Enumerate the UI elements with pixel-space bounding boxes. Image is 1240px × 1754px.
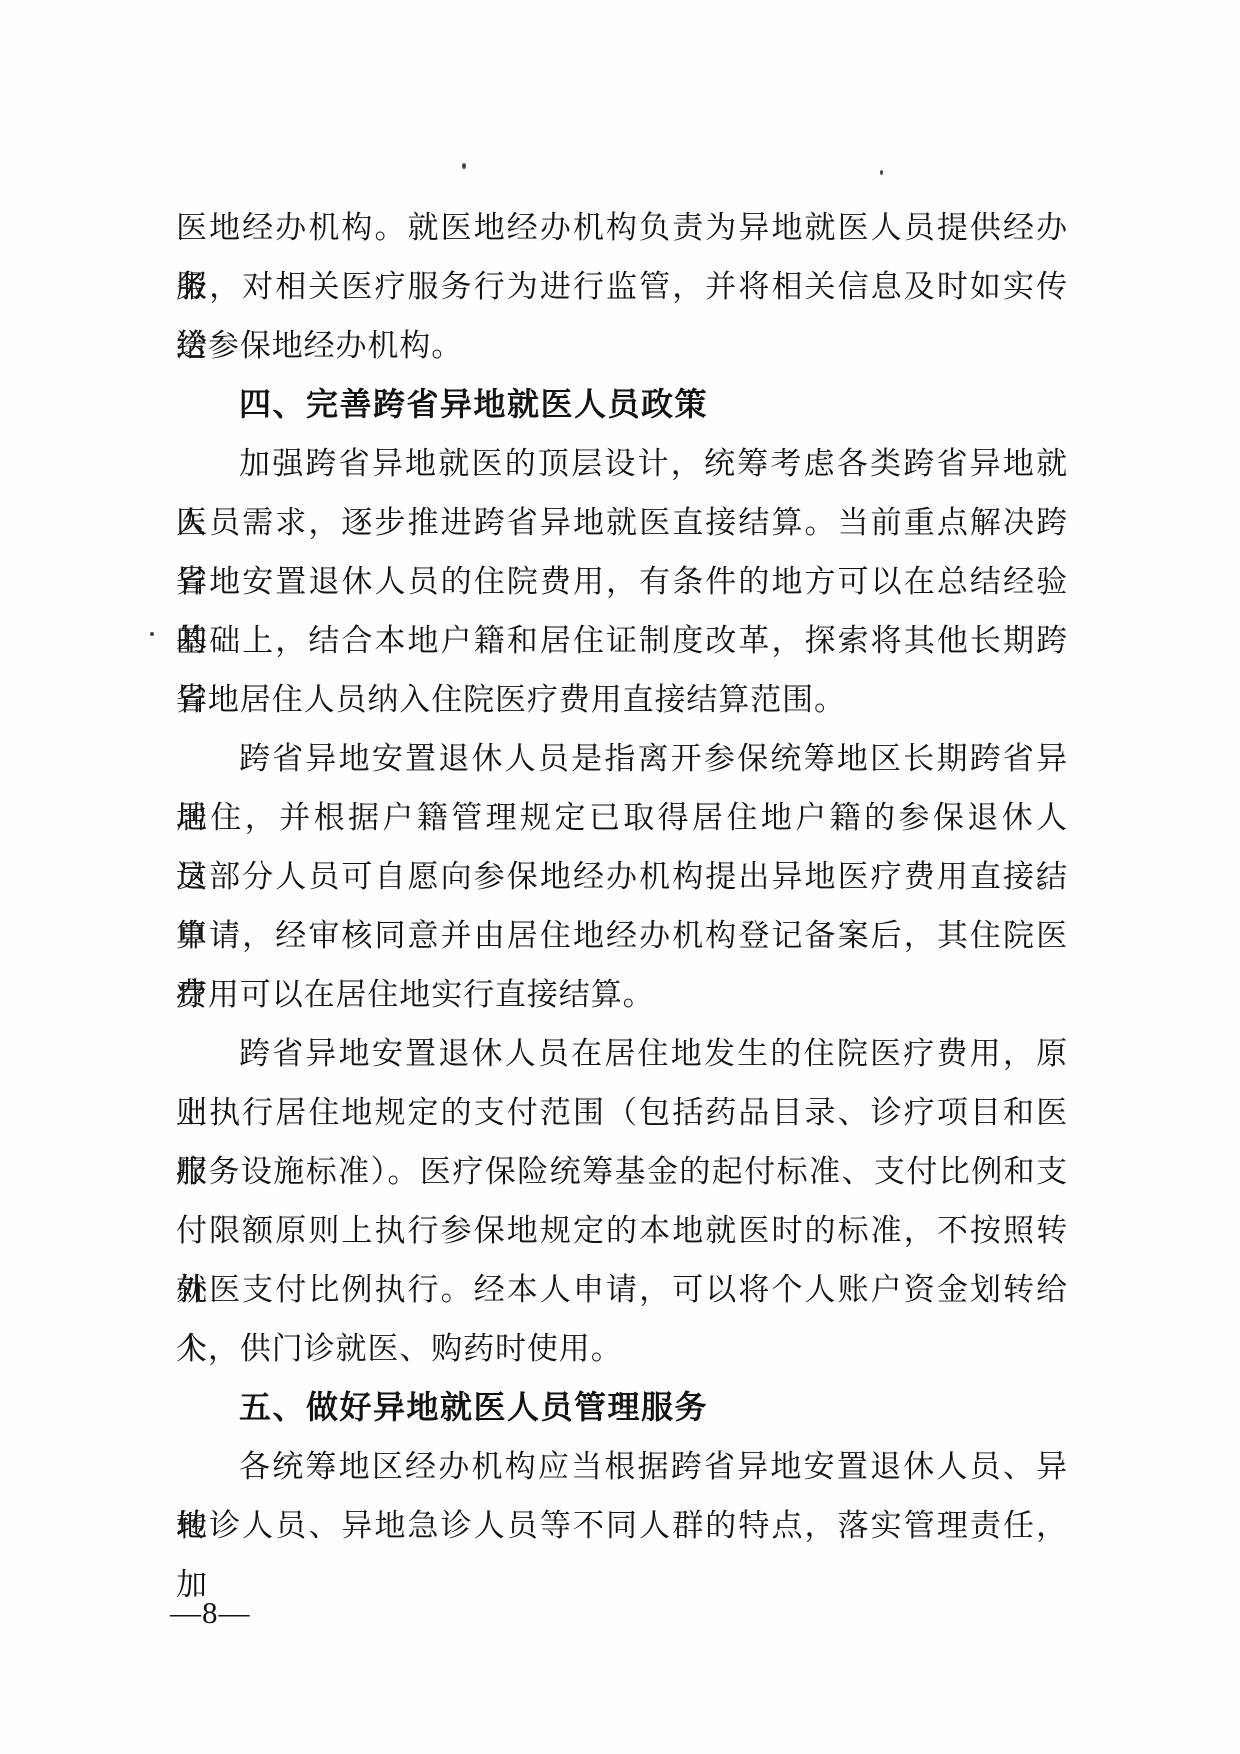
scan-speck xyxy=(462,163,466,169)
text-line: 居住，并根据户籍管理规定已取得居住地户籍的参保退休人员。 xyxy=(176,788,1068,847)
text-line: 服务设施标准）。医疗保险统筹基金的起付标准、支付比例和支 xyxy=(176,1142,1068,1201)
text-line: 费用可以在居住地实行直接结算。 xyxy=(176,965,1068,1024)
document-page: 医地经办机构。就医地经办机构负责为异地就医人员提供经办服 务，对相关医疗服务行为… xyxy=(0,0,1240,1754)
document-text-block: 医地经办机构。就医地经办机构负责为异地就医人员提供经办服 务，对相关医疗服务行为… xyxy=(176,198,1068,1555)
text-line: 医地经办机构。就医地经办机构负责为异地就医人员提供经办服 xyxy=(176,198,1068,257)
section-heading: 五、做好异地就医人员管理服务 xyxy=(176,1378,1068,1437)
text-line: 异地居住人员纳入住院医疗费用直接结算范围。 xyxy=(176,670,1068,729)
text-line: 各统筹地区经办机构应当根据跨省异地安置退休人员、异地 xyxy=(176,1437,1068,1496)
text-line: 给参保地经办机构。 xyxy=(176,316,1068,375)
text-line: 这部分人员可自愿向参保地经办机构提出异地医疗费用直接结算 xyxy=(176,847,1068,906)
text-line: 务，对相关医疗服务行为进行监管，并将相关信息及时如实传送 xyxy=(176,257,1068,316)
text-line: 异地安置退休人员的住院费用，有条件的地方可以在总结经验的 xyxy=(176,552,1068,611)
section-heading: 四、完善跨省异地就医人员政策 xyxy=(176,375,1068,434)
text-line: 就医支付比例执行。经本人申请，可以将个人账户资金划转给个 xyxy=(176,1260,1068,1319)
text-line: 跨省异地安置退休人员是指离开参保统筹地区长期跨省异地 xyxy=(176,729,1068,788)
scan-speck xyxy=(880,170,883,175)
text-line: 基础上，结合本地户籍和居住证制度改革，探索将其他长期跨省 xyxy=(176,611,1068,670)
text-line: 人员需求，逐步推进跨省异地就医直接结算。当前重点解决跨省 xyxy=(176,493,1068,552)
text-line: 申请，经审核同意并由居住地经办机构登记备案后，其住院医疗 xyxy=(176,906,1068,965)
text-line: 转诊人员、异地急诊人员等不同人群的特点，落实管理责任，加 xyxy=(176,1496,1068,1555)
text-line: 人，供门诊就医、购药时使用。 xyxy=(176,1319,1068,1378)
scan-speck xyxy=(150,632,154,636)
text-line: 上执行居住地规定的支付范围（包括药品目录、诊疗项目和医疗 xyxy=(176,1083,1068,1142)
text-line: 跨省异地安置退休人员在居住地发生的住院医疗费用，原则 xyxy=(176,1024,1068,1083)
text-line: 付限额原则上执行参保地规定的本地就医时的标准，不按照转外 xyxy=(176,1201,1068,1260)
page-number: —8— xyxy=(170,1588,251,1638)
text-line: 加强跨省异地就医的顶层设计，统筹考虑各类跨省异地就医 xyxy=(176,434,1068,493)
